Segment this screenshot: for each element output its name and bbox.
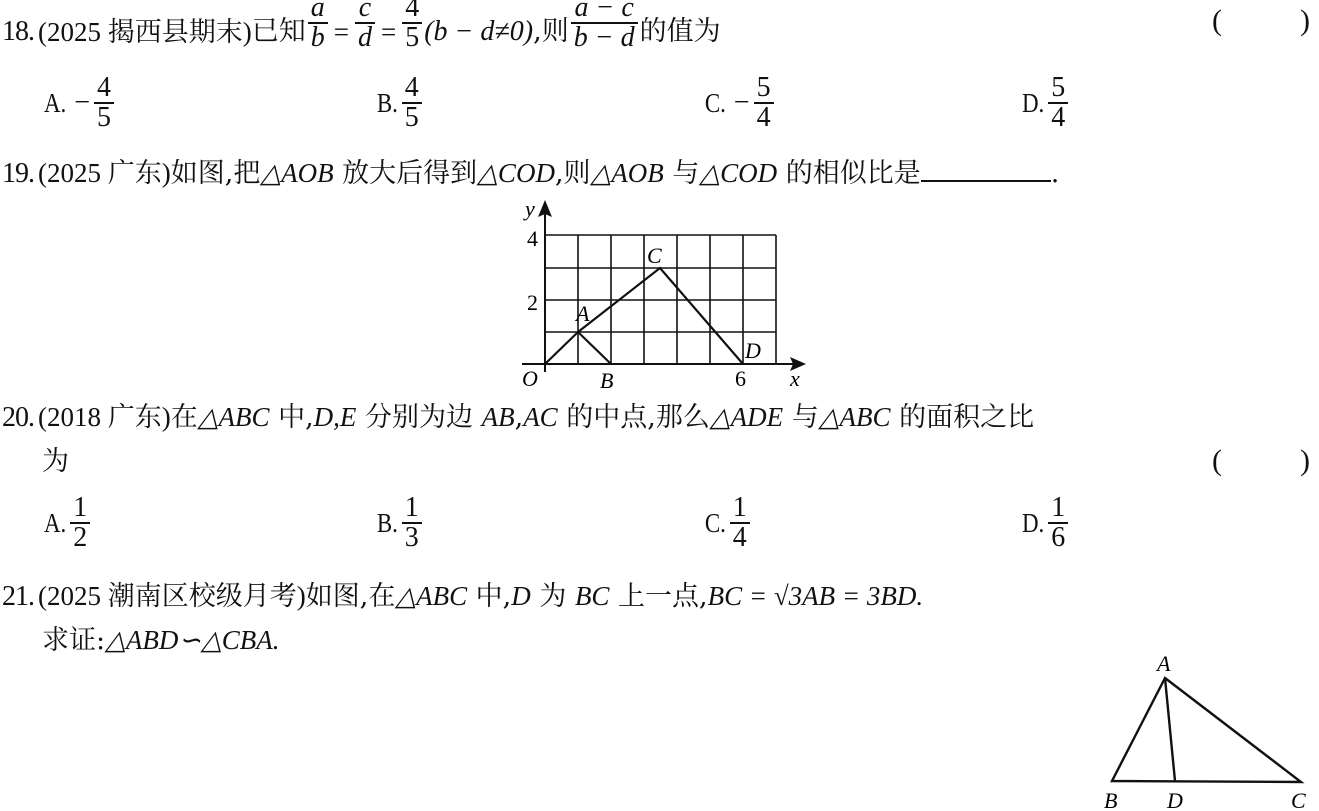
triangle-abc-figure: A B D C (1090, 645, 1319, 811)
segment-ad (1165, 678, 1175, 781)
stem-text: 已知 (252, 16, 306, 48)
question-21-stem: 21.(2025 潮南区校级月考)如图,在△ABC 中,D 为 BC 上一点,B… (2, 580, 923, 613)
svg-text:A: A (1155, 651, 1171, 676)
svg-text:y: y (523, 196, 535, 221)
fraction-a-over-b: a b (308, 0, 328, 52)
svg-text:6: 6 (735, 366, 746, 390)
svg-text:C: C (1291, 788, 1306, 811)
question-number: 18. (2, 16, 34, 48)
question-source: (2025 揭西县期末) (38, 16, 252, 48)
svg-text:B: B (1104, 788, 1117, 811)
answer-paren[interactable]: ( ) (1212, 444, 1312, 478)
condition: (b − d≠0) (424, 16, 533, 48)
option-c[interactable]: C. − 54 (703, 74, 776, 132)
option-a[interactable]: A. − 45 (42, 74, 116, 132)
svg-text:D: D (744, 338, 761, 363)
question-20-stem: 20.(2018 广东)在△ABC 中,D,E 分别为边 AB,AC 的中点,那… (2, 401, 1034, 434)
answer-blank[interactable] (921, 156, 1051, 182)
svg-text:2: 2 (527, 290, 538, 315)
question-21-prove: 求证:△ABD∽△CBA. (42, 624, 280, 657)
svg-text:C: C (647, 243, 662, 268)
option-b[interactable]: B. 45 (375, 74, 424, 132)
svg-text:A: A (574, 301, 590, 326)
relation: BC = √3AB = 3BD. (708, 581, 924, 611)
option-d[interactable]: D. 16 (1020, 494, 1070, 552)
svg-text:x: x (789, 366, 800, 390)
svg-text:O: O (522, 366, 538, 390)
option-d[interactable]: D. 54 (1020, 74, 1070, 132)
coordinate-grid-figure: y 4 2 A C D O B 6 x (510, 195, 820, 390)
answer-paren[interactable]: ( ) (1212, 4, 1312, 38)
question-18-stem: 18. (2025 揭西县期末) 已知 a b = c d = 4 5 (b −… (2, 0, 721, 64)
fraction-4-over-5: 4 5 (402, 0, 422, 52)
svg-text:D: D (1166, 788, 1183, 811)
option-c[interactable]: C. 14 (703, 494, 752, 552)
option-b[interactable]: B. 13 (375, 494, 424, 552)
fraction-target: a − c b − d (571, 0, 638, 52)
triangle-cod (578, 268, 743, 364)
svg-text:B: B (600, 368, 613, 390)
question-19-stem: 19.(2025 广东)如图,把△AOB 放大后得到△COD,则△AOB 与△C… (2, 156, 1059, 190)
option-a[interactable]: A. 12 (42, 494, 92, 552)
triangle-abc (1112, 678, 1301, 782)
fraction-c-over-d: c d (355, 0, 375, 52)
question-20-stem-line2: 为 (42, 446, 69, 478)
svg-text:4: 4 (527, 226, 538, 251)
